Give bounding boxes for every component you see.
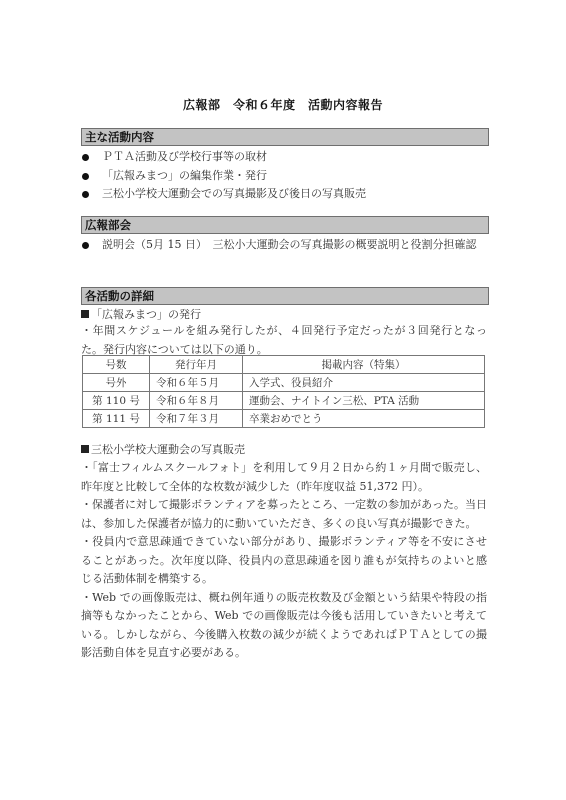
cell-issue: 号外 xyxy=(83,374,150,392)
list-item: 説明会（5月 15 日） 三松小大運動会の写真撮影の概要説明と役割分担確認 xyxy=(82,236,487,255)
section-heading-activity-details: 各活動の詳細 xyxy=(81,287,489,305)
main-activities-list: ＰＴＡ活動及び学校行事等の取材 「広報みまつ」の編集作業・発行 三松小学校大運動… xyxy=(82,148,487,204)
column-header-content: 掲載内容（特集） xyxy=(243,356,485,374)
cell-issue: 第 111 号 xyxy=(83,410,150,428)
bullet-icon xyxy=(82,191,89,198)
paragraph: ・保護者に対して撮影ボランティアを募ったところ、一定数の参加があった。当日は、参… xyxy=(81,496,487,533)
cell-date: 令和７年３月 xyxy=(150,410,243,428)
cell-content: 運動会、ナイトイン三松、PTA 活動 xyxy=(243,392,485,410)
paragraph: ・役員内で意思疎通できていない部分があり、撮影ボランティア等を不安にさせることが… xyxy=(81,533,487,589)
cell-content: 入学式、役員紹介 xyxy=(243,374,485,392)
cell-date: 令和６年５月 xyxy=(150,374,243,392)
document-page: 広報部 令和６年度 活動内容報告 主な活動内容 ＰＴＡ活動及び学校行事等の取材 … xyxy=(0,0,566,800)
column-header-date: 発行年月 xyxy=(150,356,243,374)
square-bullet-icon xyxy=(81,310,89,318)
photo-sales-paragraphs: ・「富士フィルムスクールフォト」を利用して９月２日から約１ヶ月間で販売し、昨年度… xyxy=(81,459,487,663)
bullet-icon xyxy=(82,154,89,161)
table-header-row: 号数 発行年月 掲載内容（特集） xyxy=(83,356,485,374)
section-heading-committee-meeting: 広報部会 xyxy=(81,216,489,234)
square-bullet-icon xyxy=(81,445,89,453)
list-item: 三松小学校大運動会での写真撮影及び後日の写真販売 xyxy=(82,185,487,204)
list-item: ＰＴＡ活動及び学校行事等の取材 xyxy=(82,148,487,167)
section-heading-main-activities: 主な活動内容 xyxy=(81,128,489,146)
subsection-heading-photo-sales: 三松小学校大運動会の写真販売 xyxy=(81,441,245,459)
table-row: 号外 令和６年５月 入学式、役員紹介 xyxy=(83,374,485,392)
document-title: 広報部 令和６年度 活動内容報告 xyxy=(0,96,566,113)
cell-date: 令和６年８月 xyxy=(150,392,243,410)
table-row: 第 111 号 令和７年３月 卒業おめでとう xyxy=(83,410,485,428)
newsletter-issues-table: 号数 発行年月 掲載内容（特集） 号外 令和６年５月 入学式、役員紹介 第 11… xyxy=(82,355,485,428)
bullet-icon xyxy=(82,242,89,249)
table-row: 第 110 号 令和６年８月 運動会、ナイトイン三松、PTA 活動 xyxy=(83,392,485,410)
bullet-icon xyxy=(82,173,89,180)
paragraph: ・Web での画像販売は、概ね例年通りの販売枚数及び金額という結果や特段の指摘等… xyxy=(81,589,487,663)
committee-meeting-list: 説明会（5月 15 日） 三松小大運動会の写真撮影の概要説明と役割分担確認 xyxy=(82,236,487,255)
newsletter-paragraph: ・年間スケジュールを組み発行したが、４回発行予定だったが３回発行となった。発行内… xyxy=(81,322,487,359)
paragraph: ・「富士フィルムスクールフォト」を利用して９月２日から約１ヶ月間で販売し、昨年度… xyxy=(81,459,487,496)
cell-content: 卒業おめでとう xyxy=(243,410,485,428)
column-header-issue: 号数 xyxy=(83,356,150,374)
cell-issue: 第 110 号 xyxy=(83,392,150,410)
list-item: 「広報みまつ」の編集作業・発行 xyxy=(82,167,487,186)
